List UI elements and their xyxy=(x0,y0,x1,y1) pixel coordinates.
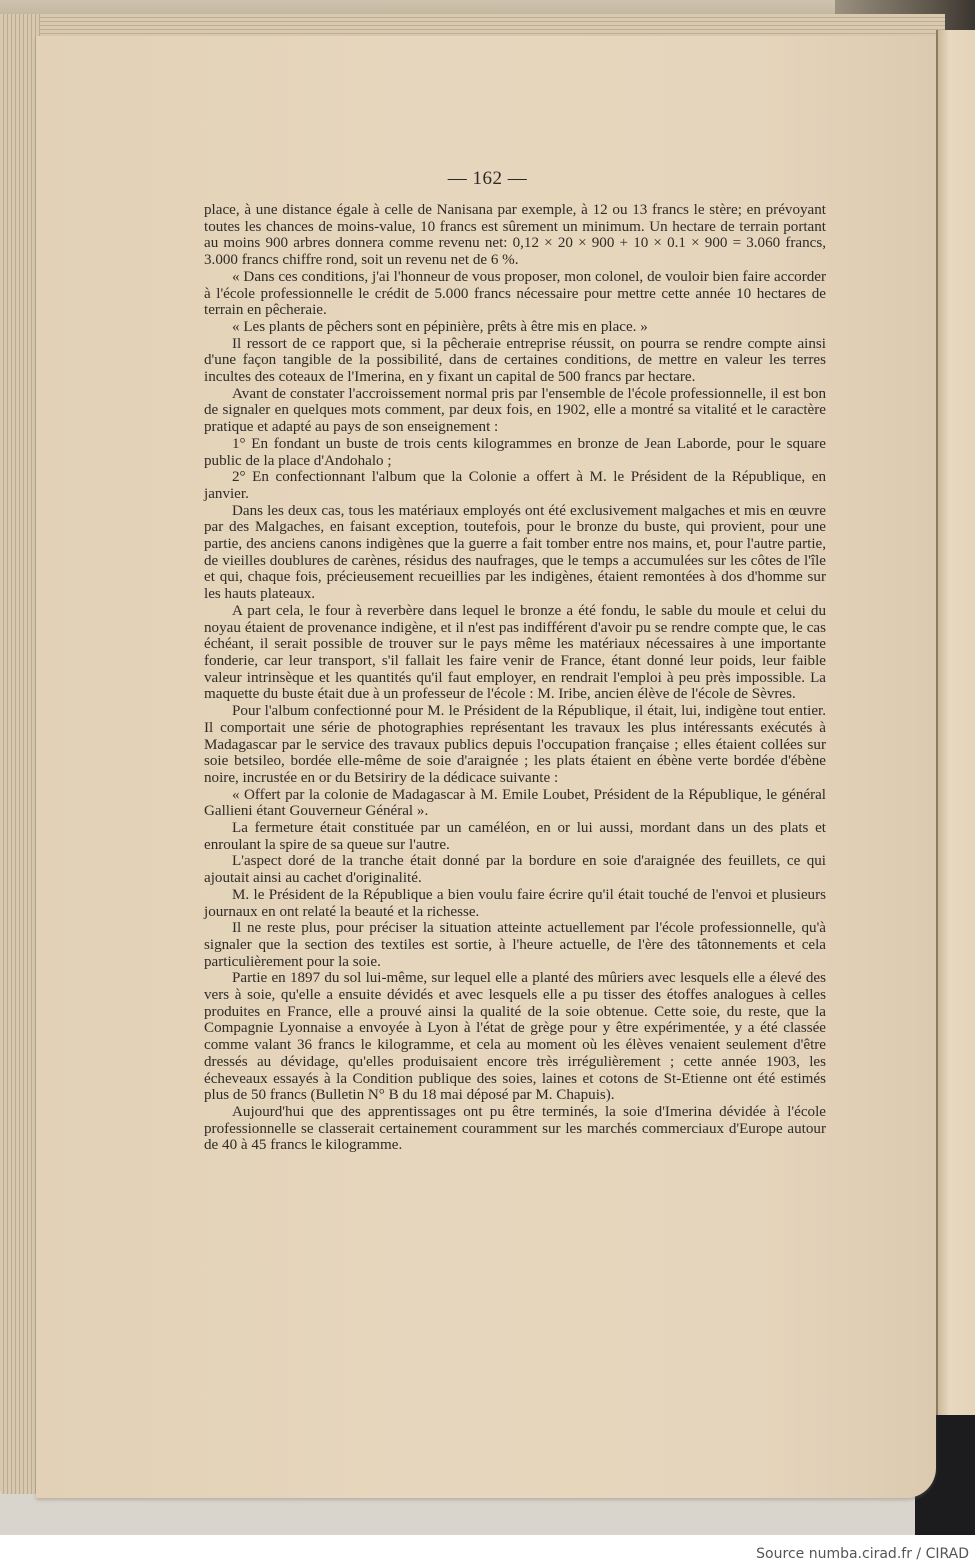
paragraph: Aujourd'hui que des apprentissages ont p… xyxy=(204,1104,826,1154)
paragraph: M. le Président de la République a bien … xyxy=(204,887,826,920)
source-credit: Source numba.cirad.fr / CIRAD xyxy=(756,1546,969,1562)
page-number: — 162 — xyxy=(0,168,975,190)
paragraph: « Les plants de pêchers sont en pépinièr… xyxy=(204,319,826,336)
paragraph: Avant de constater l'accroissement norma… xyxy=(204,386,826,436)
paragraph: place, à une distance égale à celle de N… xyxy=(204,202,826,269)
adjacent-page-edge xyxy=(936,30,975,1460)
paragraph: « Dans ces conditions, j'ai l'honneur de… xyxy=(204,269,826,319)
body-text: place, à une distance égale à celle de N… xyxy=(204,202,826,1154)
paragraph: Dans les deux cas, tous les matériaux em… xyxy=(204,503,826,603)
paragraph: La fermeture était constituée par un cam… xyxy=(204,820,826,853)
paragraph: Partie en 1897 du sol lui-même, sur lequ… xyxy=(204,970,826,1104)
paragraph: Il ressort de ce rapport que, si la pêch… xyxy=(204,336,826,386)
paragraph: Pour l'album confectionné pour M. le Pré… xyxy=(204,703,826,787)
list-item: 2° En confectionnant l'album que la Colo… xyxy=(204,469,826,502)
scanned-book-spread: — 162 — place, à une distance égale à ce… xyxy=(0,0,975,1535)
page-stack-left-edges xyxy=(0,14,40,1494)
paragraph: Il ne reste plus, pour préciser la situa… xyxy=(204,920,826,970)
list-item: 1° En fondant un buste de trois cents ki… xyxy=(204,436,826,469)
dedication-quote: « Offert par la colonie de Madagascar à … xyxy=(204,787,826,820)
paragraph: A part cela, le four à reverbère dans le… xyxy=(204,603,826,703)
paragraph: L'aspect doré de la tranche était donné … xyxy=(204,853,826,886)
